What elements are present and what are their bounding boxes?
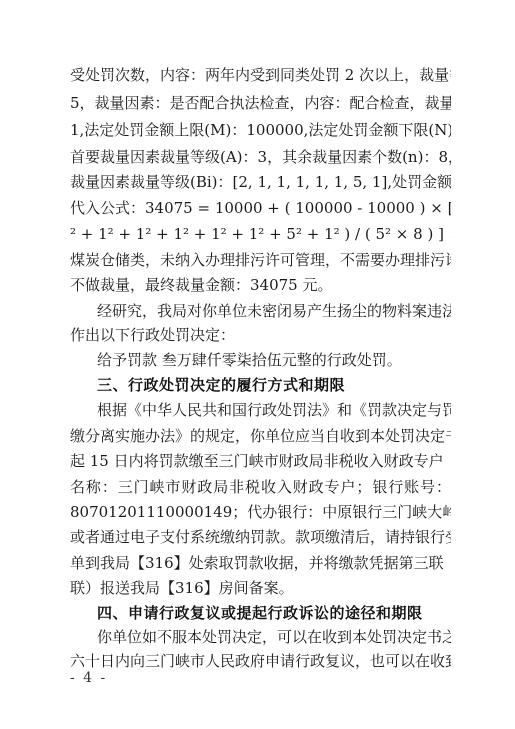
body-line: 裁量因素裁量等级(Bi)：[2, 1, 1, 1, 1, 1, 5, 1],处罚… [70,171,451,193]
body-line: 单到我局【316】处索取罚款收据，并将缴款凭据第三联（备查 [70,552,451,574]
body-line: 缴分离实施办法》的规定，你单位应当自收到本处罚决定书之日 [70,425,451,447]
page-number: - 4 - [70,670,107,686]
body-line: 受处罚次数，内容：两年内受到同类处罚 2 次以上，裁量等级： [70,64,451,86]
paragraph-start-line: 你单位如不服本处罚决定，可以在收到本处罚决定书之日起 [97,626,451,648]
body-line: 起 15 日内将罚款缴至三门峡市财政局非税收入财政专户（开户 [70,450,451,472]
body-line: 联）报送我局【316】房间备案。 [70,577,451,599]
formula-line: ² + 1² + 1² + 1² + 1² + 1² + 5² + 1² ) /… [70,223,451,245]
account-number-line: 80701201110000149；代办银行：中原银行三门峡大岭路支行） [70,501,451,523]
body-line: 1,法定处罚金额上限(M)：100000,法定处罚金额下限(N)：10000, [70,119,451,141]
body-line: 六十日内向三门峡市人民政府申请行政复议，也可以在收到本处 [70,650,451,672]
penalty-decision-line: 给予罚款 叁万肆仟零柒拾伍元整的行政处罚。 [97,349,451,371]
body-line: 不做裁量，最终裁量金额：34075 元。 [70,274,451,296]
section-heading-4: 四、申请行政复议或提起行政诉讼的途径和期限 [97,602,451,624]
body-line: 作出以下行政处罚决定： [70,324,451,346]
body-line: 或者通过电子支付系统缴纳罚款。款项缴清后，请持银行受理回 [70,526,451,548]
body-line: 首要裁量因素裁量等级(A)：3，其余裁量因素个数(n)：8，其余 [70,146,451,168]
formula-line: 代入公式：34075 = 10000 + ( 100000 - 10000 ) … [70,197,451,219]
paragraph-start-line: 经研究，我局对你单位未密闭易产生扬尘的物料案违法行为 [97,300,451,322]
body-line: 煤炭仓储类，未纳入办理排污许可管理，不需要办理排污许可， [70,249,451,271]
paragraph-start-line: 根据《中华人民共和国行政处罚法》和《罚款决定与罚款收 [97,399,451,421]
account-name-line: 名称：三门峡市财政局非税收入财政专户；银行账号： [70,476,451,498]
body-line: 5，裁量因素：是否配合执法检查，内容：配合检查，裁量等级： [70,92,451,114]
section-heading-3: 三、行政处罚决定的履行方式和期限 [97,374,451,396]
document-page: 受处罚次数，内容：两年内受到同类处罚 2 次以上，裁量等级： 5，裁量因素：是否… [0,0,515,729]
